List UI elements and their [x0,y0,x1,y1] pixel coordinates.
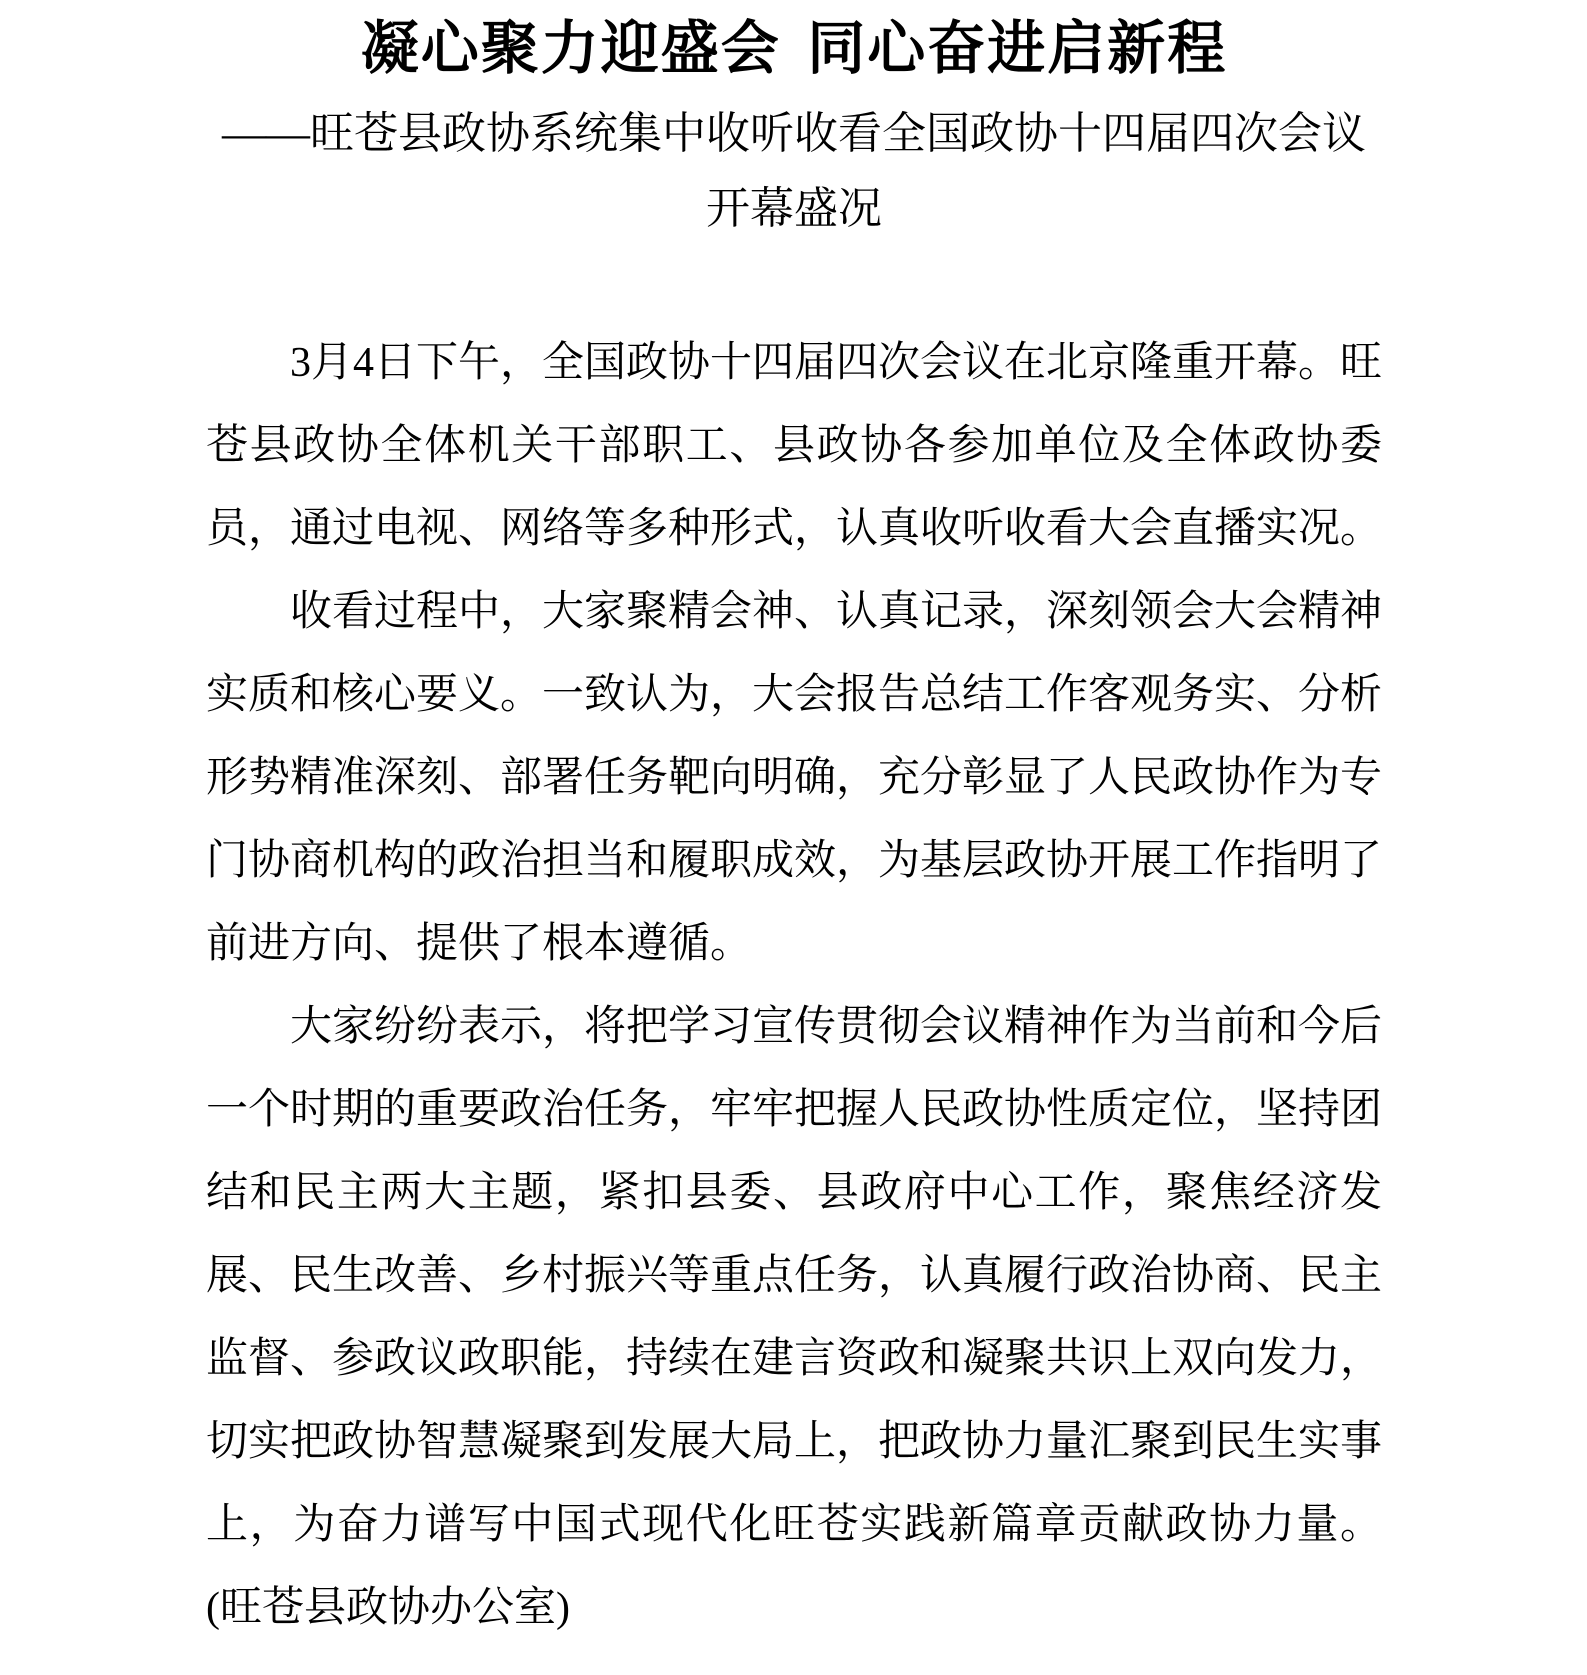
document-title: 凝心聚力迎盛会 同心奋进启新程 [206,10,1382,88]
body-paragraph-3: 大家纷纷表示，将把学习宣传贯彻会议精神作为当前和今后一个时期的重要政治任务，牢牢… [206,986,1382,1650]
document-page: 凝心聚力迎盛会 同心奋进启新程 ——旺苍县政协系统集中收听收看全国政协十四届四次… [0,0,1587,1675]
document-body: 3月4日下午，全国政协十四届四次会议在北京隆重开幕。旺苍县政协全体机关干部职工、… [206,322,1382,1650]
document-subtitle: ——旺苍县政协系统集中收听收看全国政协十四届四次会议开幕盛况 [206,96,1382,246]
body-paragraph-1: 3月4日下午，全国政协十四届四次会议在北京隆重开幕。旺苍县政协全体机关干部职工、… [206,322,1382,571]
body-paragraph-2: 收看过程中，大家聚精会神、认真记录，深刻领会大会精神实质和核心要义。一致认为，大… [206,571,1382,986]
